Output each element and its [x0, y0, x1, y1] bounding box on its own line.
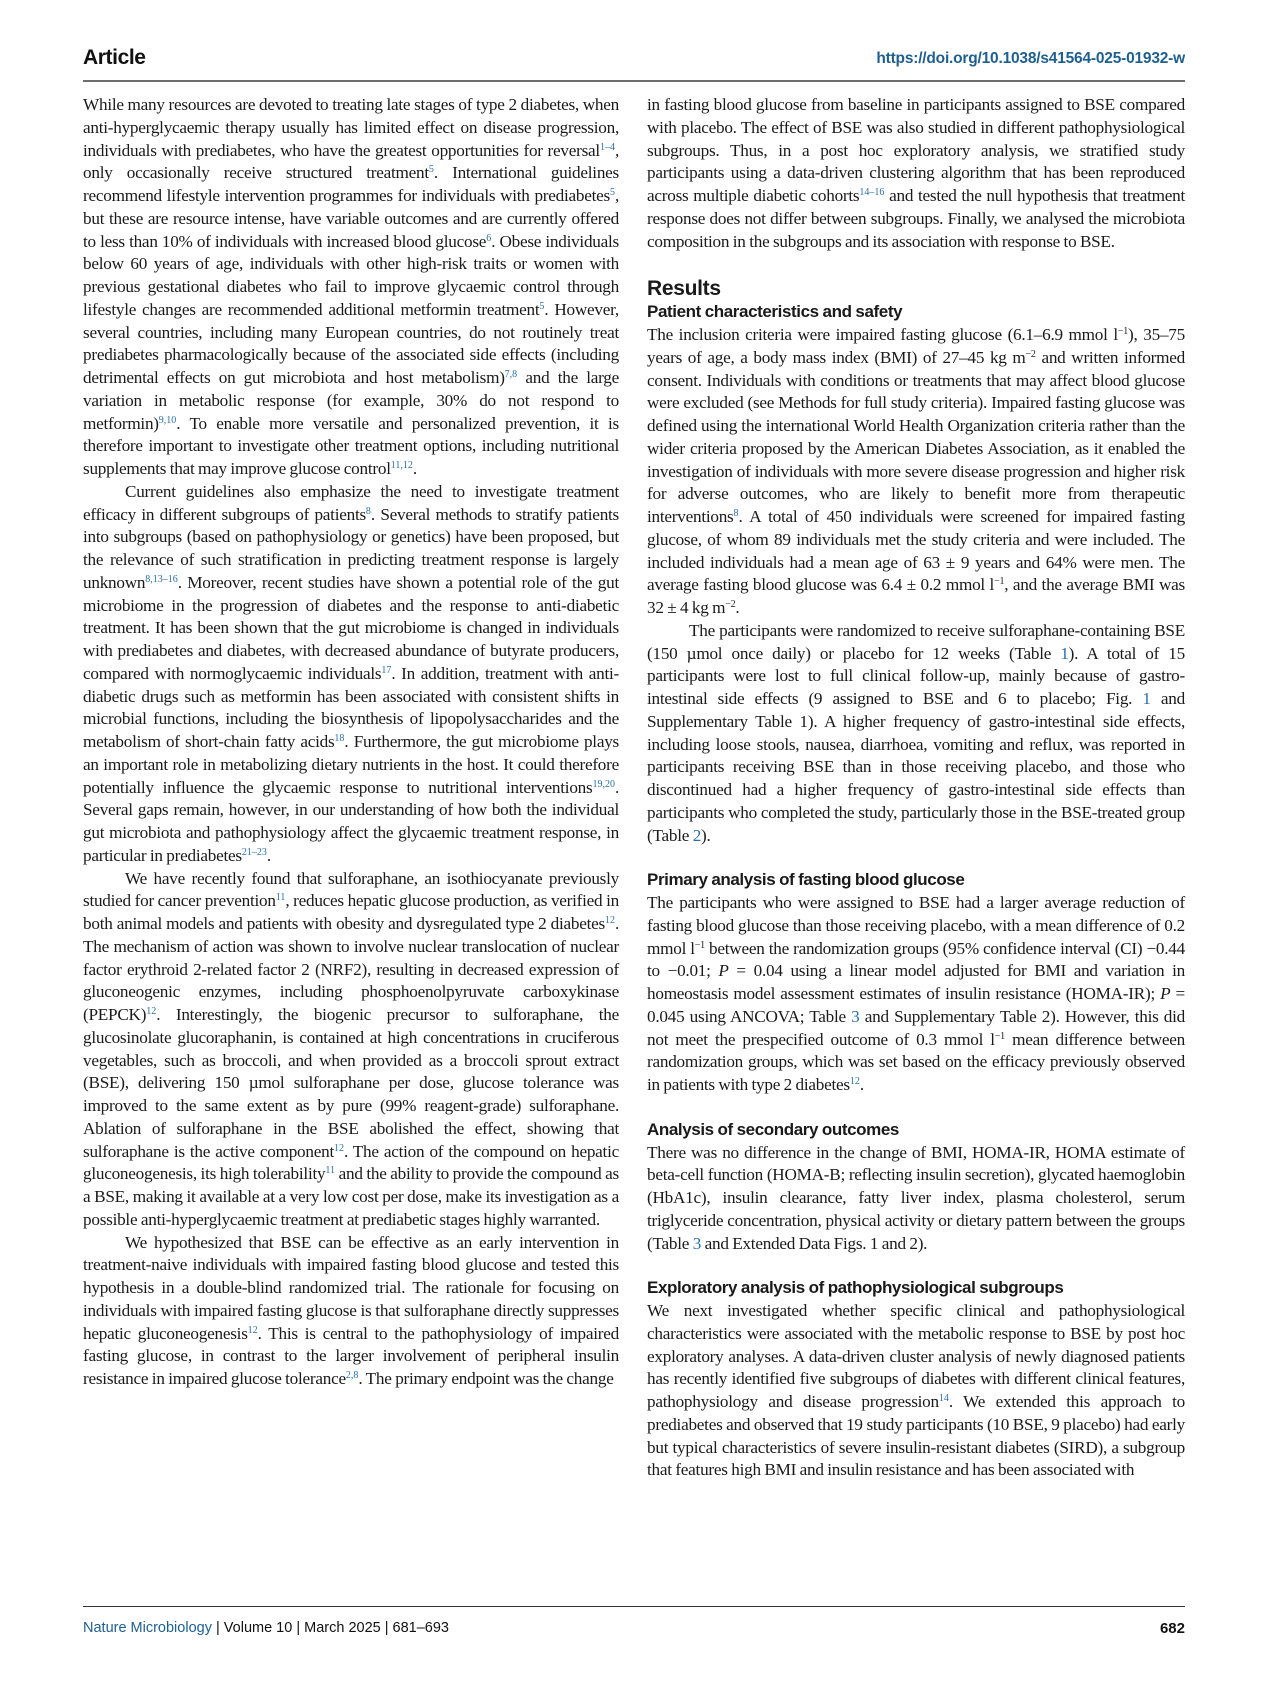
citation-ref-link[interactable]: 1–4	[600, 142, 615, 153]
intro-paragraph-1: While many resources are devoted to trea…	[83, 94, 619, 481]
section-exploratory-analysis: Exploratory analysis of pathophysiologic…	[647, 1277, 1185, 1482]
issue-date: March 2025	[304, 1620, 381, 1636]
section-paragraph: The participants were randomized to rece…	[647, 620, 1185, 848]
citation-ref-link[interactable]: 8	[734, 508, 739, 519]
section-heading: Analysis of secondary outcomes	[647, 1119, 1185, 1142]
section-secondary-outcomes: Analysis of secondary outcomes There was…	[647, 1119, 1185, 1256]
citation-ref-link[interactable]: 9,10	[159, 415, 177, 426]
section-paragraph: The inclusion criteria were impaired fas…	[647, 324, 1185, 620]
article-type-label: Article	[83, 46, 146, 70]
citation-ref-link[interactable]: 5	[610, 187, 615, 198]
section-primary-analysis: Primary analysis of fasting blood glucos…	[647, 869, 1185, 1097]
section-heading: Primary analysis of fasting blood glucos…	[647, 869, 1185, 892]
intro-continuation-paragraph: in fasting blood glucose from baseline i…	[647, 94, 1185, 253]
figure-table-link[interactable]: 2	[693, 826, 701, 845]
citation-ref-link[interactable]: 19,20	[592, 779, 615, 790]
footer-divider	[83, 1606, 1185, 1607]
results-heading: Results	[647, 277, 1185, 301]
section-patient-characteristics: Patient characteristics and safety The i…	[647, 301, 1185, 847]
footer-separator: |	[212, 1620, 224, 1636]
citation-ref-link[interactable]: 14–16	[859, 187, 884, 198]
citation-ref-link[interactable]: 17	[381, 665, 391, 676]
unit-exponent: −1	[994, 576, 1004, 587]
italic-symbol: P	[718, 961, 728, 980]
intro-paragraph-3: We have recently found that sulforaphane…	[83, 868, 619, 1232]
citation-ref-link[interactable]: 5	[429, 164, 434, 175]
page-footer: Nature Microbiology | Volume 10 | March …	[83, 1620, 1185, 1644]
figure-table-link[interactable]: 1	[1142, 689, 1150, 708]
section-paragraph: We next investigated whether specific cl…	[647, 1300, 1185, 1482]
left-column: While many resources are devoted to trea…	[83, 94, 619, 1391]
citation-ref-link[interactable]: 2,8	[346, 1370, 359, 1381]
citation-ref-link[interactable]: 12	[334, 1143, 344, 1154]
citation-ref-link[interactable]: 11,12	[391, 460, 413, 471]
citation-ref-link[interactable]: 21–23	[242, 847, 267, 858]
footer-separator: |	[292, 1620, 304, 1636]
citation-ref-link[interactable]: 7,8	[505, 369, 518, 380]
citation-ref-link[interactable]: 11	[325, 1165, 335, 1176]
right-column: in fasting blood glucose from baseline i…	[647, 94, 1185, 1482]
section-paragraph: The participants who were assigned to BS…	[647, 892, 1185, 1097]
section-paragraph: There was no difference in the change of…	[647, 1142, 1185, 1256]
figure-table-link[interactable]: 1	[1060, 644, 1068, 663]
unit-exponent: −1	[1118, 326, 1128, 337]
citation-ref-link[interactable]: 8	[366, 506, 371, 517]
intro-paragraph-2: Current guidelines also emphasize the ne…	[83, 481, 619, 868]
unit-exponent: −2	[1026, 349, 1036, 360]
citation-ref-link[interactable]: 11	[276, 892, 286, 903]
citation-ref-link[interactable]: 5	[539, 301, 544, 312]
citation-ref-link[interactable]: 12	[146, 1006, 156, 1017]
citation-ref-link[interactable]: 12	[605, 915, 615, 926]
unit-exponent: −2	[725, 599, 735, 610]
citation-ref-link[interactable]: 12	[248, 1325, 258, 1336]
page-header: Article https://doi.org/10.1038/s41564-0…	[83, 42, 1185, 82]
footer-separator: |	[381, 1620, 393, 1636]
figure-table-link[interactable]: 3	[693, 1234, 701, 1253]
journal-name-link[interactable]: Nature Microbiology	[83, 1620, 212, 1636]
citation-ref-link[interactable]: 6	[486, 233, 491, 244]
page-range: 681–693	[393, 1620, 449, 1636]
section-heading: Exploratory analysis of pathophysiologic…	[647, 1277, 1185, 1300]
unit-exponent: −1	[995, 1031, 1005, 1042]
unit-exponent: −1	[695, 940, 705, 951]
doi-link[interactable]: https://doi.org/10.1038/s41564-025-01932…	[876, 50, 1185, 68]
section-heading: Patient characteristics and safety	[647, 301, 1185, 324]
citation-ref-link[interactable]: 8,13–16	[145, 574, 178, 585]
citation-ref-link[interactable]: 18	[334, 733, 344, 744]
volume-label: Volume 10	[224, 1620, 293, 1636]
intro-paragraph-4: We hypothesized that BSE can be effectiv…	[83, 1232, 619, 1391]
figure-table-link[interactable]: 3	[851, 1007, 859, 1026]
italic-symbol: P	[1160, 984, 1170, 1003]
citation-ref-link[interactable]: 12	[850, 1076, 860, 1087]
citation-ref-link[interactable]: 14	[939, 1393, 949, 1404]
page-number: 682	[1160, 1620, 1185, 1637]
